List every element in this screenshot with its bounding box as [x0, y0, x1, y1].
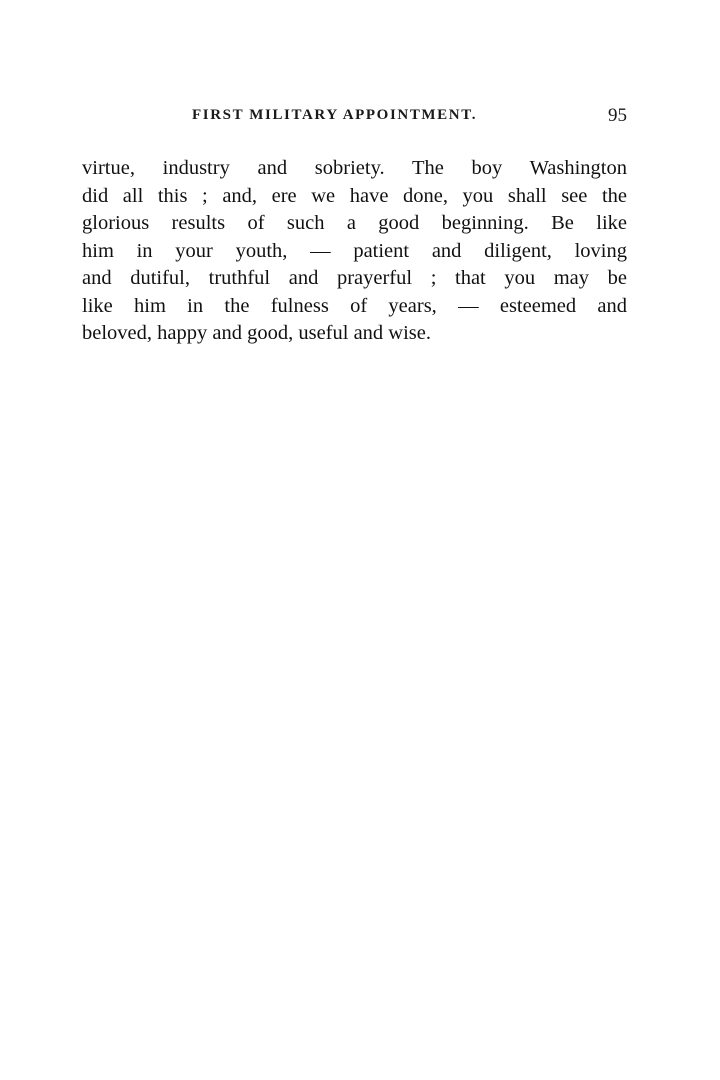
text-line: beloved, happy and good, useful and wise… — [82, 320, 627, 348]
running-head: FIRST MILITARY APPOINTMENT. 95 — [82, 107, 627, 131]
text-line: glorious results of such a good beginnin… — [82, 210, 627, 238]
text-line: him in your youth, — patient and diligen… — [82, 238, 627, 266]
text-line: and dutiful, truthful and prayerful ; th… — [82, 265, 627, 293]
book-page: FIRST MILITARY APPOINTMENT. 95 virtue, i… — [0, 0, 720, 1080]
body-paragraph: virtue, industry and sobriety. The boy W… — [82, 155, 627, 348]
chapter-title: FIRST MILITARY APPOINTMENT. — [192, 107, 477, 124]
text-line: virtue, industry and sobriety. The boy W… — [82, 155, 627, 183]
page-number: 95 — [608, 105, 627, 127]
text-line: like him in the fulness of years, — este… — [82, 293, 627, 321]
text-line: did all this ; and, ere we have done, yo… — [82, 183, 627, 211]
